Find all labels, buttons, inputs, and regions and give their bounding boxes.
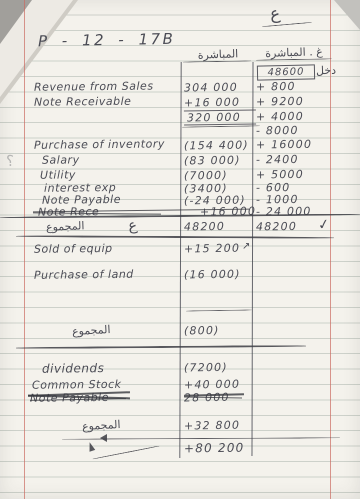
total-amount-direct: (800) — [184, 324, 250, 338]
page-title: P - 12 - 17B — [38, 33, 176, 48]
diagonal-arrowhead — [87, 441, 95, 451]
row-label: Revenue from Sales — [34, 79, 180, 94]
checkmark: ✓ — [317, 216, 331, 234]
row-amount-direct: 304 000 — [184, 81, 250, 95]
photo-corner-top-right — [334, 0, 360, 30]
margin-question-mark: ؟ — [6, 152, 14, 170]
row-label: Purchase of inventory — [34, 137, 180, 152]
section-rule — [16, 345, 306, 349]
corner-grade-mark: ع — [269, 4, 281, 25]
row-label: Sold of equip — [34, 241, 180, 256]
row-amount-indirect: - 2400 — [256, 153, 332, 167]
row-amount-direct: +40 000 — [184, 378, 250, 392]
notebook-page: ع P - 12 - 17B ؟ المباشرة غ . المباشرة 4… — [0, 0, 360, 499]
row-amount-direct: (7000) — [184, 169, 250, 183]
subtotal-rule — [186, 309, 252, 311]
row-amount-direct: +16 000 — [184, 96, 250, 110]
row-amount-indirect: + 9200 — [256, 95, 332, 109]
table-vertical-line-1 — [179, 62, 181, 458]
row-label: Note Receivable — [34, 94, 180, 109]
column-header-indirect-underline — [256, 58, 332, 60]
row-amount-indirect: + 16000 — [256, 138, 332, 152]
total-flourish-mark: ع — [127, 215, 138, 234]
row-amount-direct: (16 000) — [184, 268, 250, 282]
row-label: dividends — [42, 361, 188, 376]
row-amount-indirect: - 8000 — [256, 124, 332, 138]
row-amount-indirect: + 800 — [256, 80, 332, 94]
total-amount-direct: 48200 — [184, 220, 250, 234]
section-rule — [16, 235, 334, 239]
corner-mark-tail — [262, 22, 312, 27]
row-amount-indirect: + 4000 — [256, 110, 332, 124]
small-arrow-mark: ↗ — [242, 241, 250, 252]
left-margin-line — [24, 0, 25, 499]
rule-arrowhead — [100, 434, 107, 442]
row-amount-direct: +15 200 — [184, 242, 250, 256]
net-income-label: دخل — [316, 64, 336, 78]
total-label: المجموع — [82, 418, 121, 433]
net-income-box: 48600 — [257, 64, 315, 80]
grand-total-amount: +80 200 — [184, 442, 250, 456]
subtotal-revenue: 320 000 — [184, 109, 256, 125]
diagonal-arrow-line — [93, 446, 160, 460]
total-amount-direct: +32 800 — [184, 419, 250, 433]
row-label: Salary — [42, 152, 188, 167]
subtotal-double-underline — [182, 125, 260, 127]
total-label: المجموع — [46, 219, 85, 233]
total-label: المجموع — [72, 323, 111, 338]
row-amount-direct: (154 400) — [184, 139, 250, 153]
row-amount-indirect: + 5000 — [256, 168, 332, 182]
row-amount-direct: (7200) — [184, 361, 250, 375]
row-label: Purchase of land — [34, 267, 180, 282]
row-amount-direct: (83 000) — [184, 154, 250, 168]
